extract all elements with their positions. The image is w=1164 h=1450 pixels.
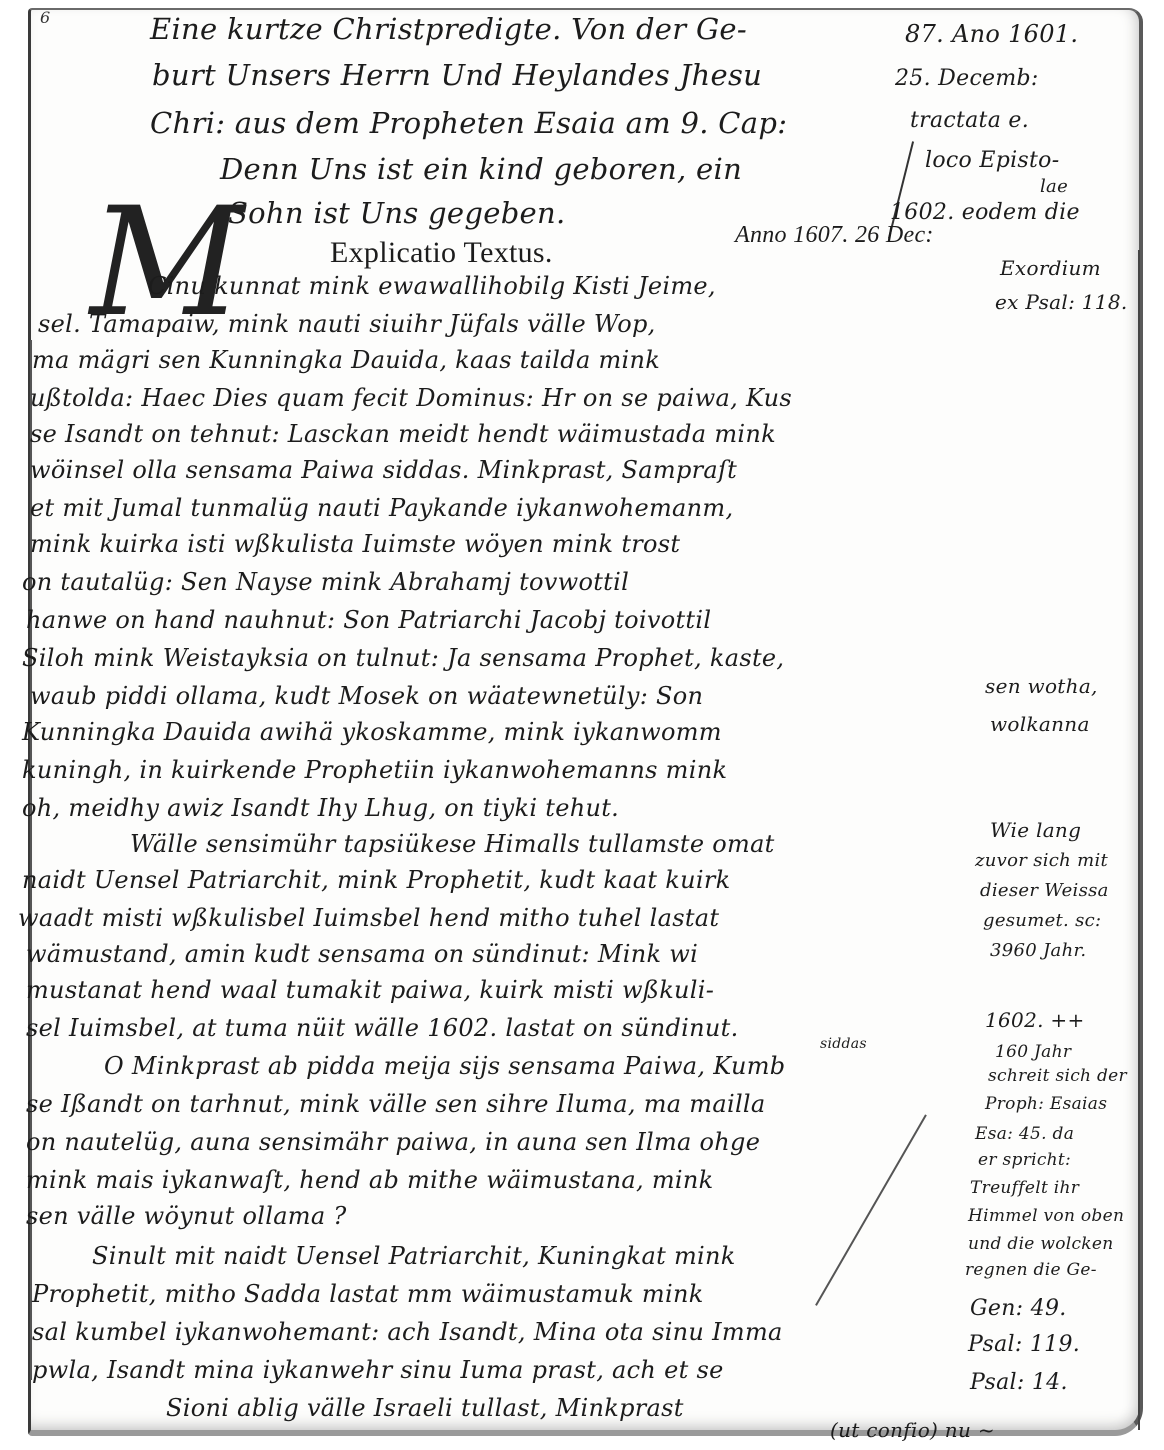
margin-line: 25. Decemb:	[895, 66, 1039, 91]
title-line-5: Sohn ist Uns gegeben.	[228, 196, 566, 230]
margin-line: Wie lang	[990, 818, 1081, 842]
margin-line: lae	[1040, 176, 1068, 197]
body-line: Siloh mink Weistayksia on tulnut: Ja sen…	[22, 644, 784, 672]
margin-line: Treuffelt ihr	[970, 1178, 1079, 1198]
interlinear-note: siddas	[820, 1036, 867, 1052]
title-line-4: Denn Uns ist ein kind geboren, ein	[220, 152, 742, 186]
margin-line: gesumet. sc:	[983, 910, 1101, 931]
reference-psalm-14: Psal: 14.	[970, 1370, 1068, 1395]
body-line: Sioni ablig välle Israeli tullast, Minkp…	[166, 1394, 684, 1422]
margin-insertion: sen wotha,	[985, 674, 1098, 698]
body-line: kuningh, in kuirkende Prophetiin iykanwo…	[22, 756, 727, 784]
body-line: waadt misti wßkulisbel Iuimsbel hend mit…	[18, 904, 719, 932]
margin-line: regnen die Ge-	[965, 1260, 1097, 1280]
body-line: mink kuirka isti wßkulista Iuimste wöyen…	[30, 530, 680, 558]
body-line: wöinsel olla sensama Paiwa siddas. Minkp…	[30, 456, 737, 484]
margin-line: Proph: Esaias	[985, 1094, 1107, 1114]
body-line: se Ißandt on tarhnut, mink välle sen sih…	[26, 1090, 766, 1118]
body-line: ußtolda: Haec Dies quam fecit Dominus: H…	[30, 384, 792, 412]
margin-line: loco Episto-	[925, 148, 1059, 173]
body-line: sen välle wöynut ollama ?	[26, 1202, 347, 1230]
body-line: ma mägri sen Kunningka Dauida, kaas tail…	[32, 346, 660, 374]
margin-line: dieser Weissa	[980, 880, 1109, 901]
body-line: Wälle sensimühr tapsiükese Himalls tulla…	[130, 830, 775, 858]
body-line: on nautelüg, auna sensimähr paiwa, in au…	[26, 1128, 760, 1156]
body-line: Cinu kunnat mink ewawallihobilg Kisti Je…	[148, 272, 716, 300]
body-line: pwla, Isandt mina iykanwehr sinu Iuma pr…	[32, 1356, 724, 1384]
body-line: mustanat hend waal tumakit paiwa, kuirk …	[26, 976, 714, 1004]
reference-genesis: Gen: 49.	[970, 1296, 1067, 1321]
body-line: Prophetit, mitho Sadda lastat mm wäimust…	[32, 1280, 704, 1308]
body-line: sal kumbel iykanwohemant: ach Isandt, Mi…	[32, 1318, 783, 1346]
margin-line: tractata e.	[910, 108, 1029, 133]
margin-line: 160 Jahr	[995, 1042, 1071, 1062]
body-line: se Isandt on tehnut: Lasckan meidt hendt…	[30, 420, 776, 448]
body-line: mink mais iykanwaſt, hend ab mithe wäimu…	[26, 1166, 713, 1194]
margin-line: schreit sich der	[988, 1066, 1127, 1086]
body-line: waub piddi ollama, kudt Mosek on wäatewn…	[30, 682, 703, 710]
margin-insertion-2: wolkanna	[990, 712, 1090, 736]
margin-note-year: 1602. ++	[985, 1008, 1085, 1032]
body-line: Sinult mit naidt Uensel Patriarchit, Kun…	[92, 1242, 736, 1270]
body-line: Kunningka Dauida awihä ykoskamme, mink i…	[22, 718, 722, 746]
margin-line: 3960 Jahr.	[990, 940, 1086, 961]
margin-line: zuvor sich mit	[975, 850, 1108, 871]
margin-line: er spricht:	[978, 1150, 1071, 1170]
body-line: O Minkprast ab pidda meija sijs sensama …	[104, 1052, 785, 1080]
margin-line: Exordium	[1000, 256, 1101, 280]
body-line: on tautalüg: Sen Nayse mink Abrahamj tov…	[22, 568, 629, 596]
body-line: sel. Tamapaiw, mink nauti siuihr Jüfals …	[38, 310, 656, 338]
catchword: (ut confio) nu ~	[830, 1418, 995, 1442]
right-margin-rule	[1138, 250, 1140, 1430]
body-line: wämustand, amin kudt sensama on sündinut…	[26, 940, 698, 968]
heading-date: Anno 1607. 26 Dec:	[735, 222, 934, 249]
title-line-3: Chri: aus dem Propheten Esaia am 9. Cap:	[150, 106, 787, 140]
body-line: naidt Uensel Patriarchit, mink Prophetit…	[22, 866, 730, 894]
margin-line: Himmel von oben	[968, 1206, 1124, 1226]
body-line: hanwe on hand nauhnut: Son Patriarchi Ja…	[26, 606, 711, 634]
page-marker: 6	[40, 8, 50, 27]
body-line: oh, meidhy awiz Isandt Ihy Lhug, on tiyk…	[22, 794, 619, 822]
section-heading: Explicatio Textus.	[330, 236, 553, 270]
reference-psalm-119: Psal: 119.	[968, 1332, 1080, 1357]
title-line-2: burt Unsers Herrn Und Heylandes Jhesu	[152, 58, 762, 92]
margin-line: 87. Ano 1601.	[905, 20, 1078, 48]
body-line: et mit Jumal tunmalüg nauti Paykande iyk…	[30, 494, 733, 522]
margin-line: und die wolcken	[968, 1234, 1114, 1254]
margin-line: ex Psal: 118.	[995, 290, 1128, 314]
body-line: sel Iuimsbel, at tuma nüit wälle 1602. l…	[26, 1014, 739, 1042]
margin-line: Esa: 45. da	[975, 1124, 1074, 1144]
title-line-1: Eine kurtze Christpredigte. Von der Ge-	[150, 12, 747, 46]
margin-line: 1602. eodem die	[890, 200, 1080, 225]
